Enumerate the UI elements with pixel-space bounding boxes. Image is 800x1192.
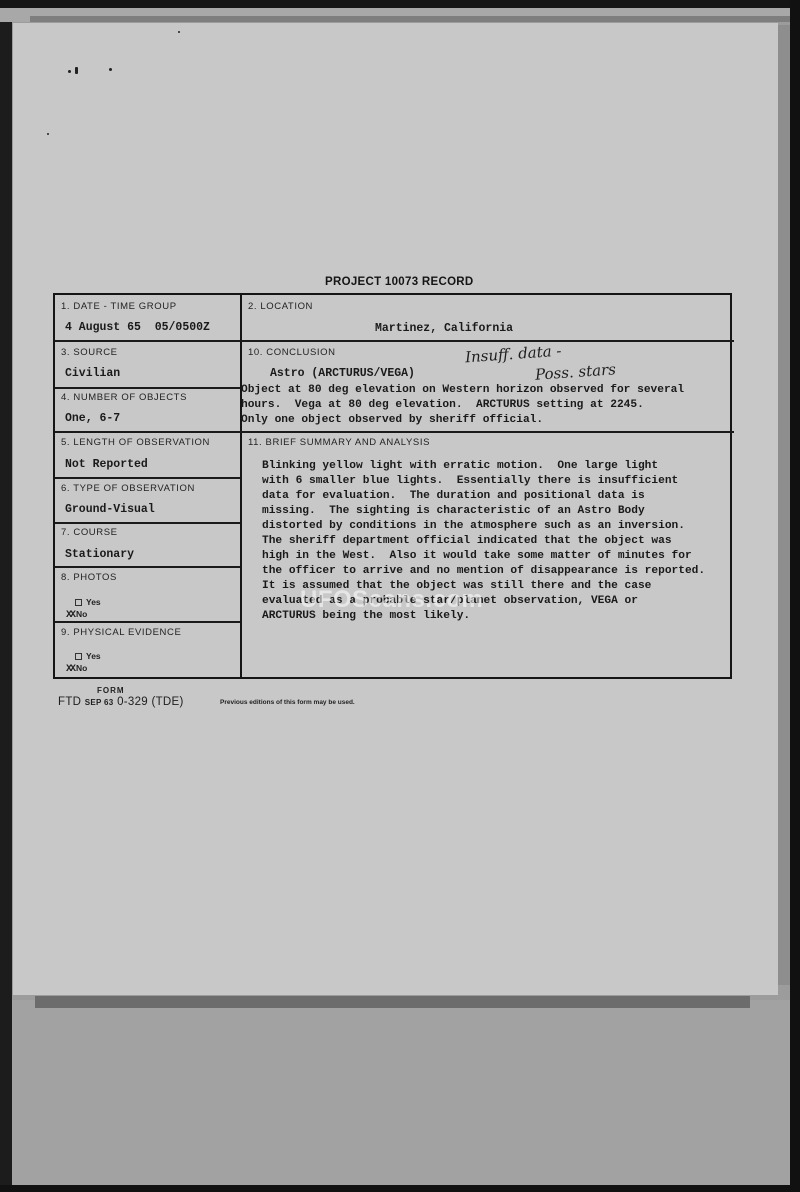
source-value: Civilian: [65, 367, 120, 380]
checkbox-empty-icon: [75, 599, 82, 606]
summary-line: Blinking yellow light with erratic motio…: [262, 459, 658, 474]
summary-line: the officer to arrive and no mention of …: [262, 564, 705, 579]
location-value: Martinez, California: [375, 322, 513, 335]
physical-evidence-no-option[interactable]: XXNo: [66, 663, 87, 675]
watermark: UFOScans.com: [300, 586, 483, 614]
number-of-objects-value: One, 6-7: [65, 412, 120, 425]
dust-speck: [109, 68, 112, 71]
handwritten-note: Poss. stars: [534, 360, 616, 384]
summary-line: The sheriff department official indicate…: [262, 534, 672, 549]
dust-speck: [47, 133, 49, 135]
checkbox-empty-icon: [75, 653, 82, 660]
conclusion-value: Astro (ARCTURUS/VEGA): [270, 367, 415, 380]
handwritten-note: Insuff. data -: [464, 342, 561, 367]
conclusion-label: 10. CONCLUSION: [248, 347, 336, 358]
physical-evidence-label: 9. PHYSICAL EVIDENCE: [61, 627, 181, 638]
summary-line: missing. The sighting is characteristic …: [262, 504, 645, 519]
scan-bottom-edge: [0, 1185, 800, 1192]
summary-line: high in the West. Also it would take som…: [262, 549, 692, 564]
checkbox-x-mark-icon: XX: [66, 610, 74, 621]
physical-evidence-yes-option[interactable]: Yes: [75, 651, 101, 661]
footer-form-id: FTD SEP 63 0-329 (TDE): [58, 696, 184, 708]
footer-form-prefix: FTD: [58, 696, 81, 708]
row-divider: [55, 477, 240, 479]
row-divider: [55, 621, 240, 623]
photos-no-option[interactable]: XXNo: [66, 609, 87, 621]
row-divider: [55, 387, 240, 389]
course-label: 7. COURSE: [61, 527, 118, 538]
conclusion-detail-line: Only one object observed by sheriff offi…: [241, 413, 543, 428]
conclusion-detail-line: Object at 80 deg elevation on Western ho…: [241, 383, 684, 398]
row-divider: [55, 340, 734, 342]
footer-note: Previous editions of this form may be us…: [220, 699, 355, 706]
date-time-label: 1. DATE - TIME GROUP: [61, 301, 177, 312]
date-time-value: 4 August 65 05/0500Z: [65, 321, 210, 334]
row-divider: [55, 431, 734, 433]
row-divider: [55, 522, 240, 524]
length-of-observation-label: 5. LENGTH OF OBSERVATION: [61, 437, 210, 448]
length-of-observation-value: Not Reported: [65, 458, 148, 471]
underlying-sheet-shadow: [35, 996, 750, 1008]
scan-right-edge: [790, 0, 800, 1192]
summary-line: with 6 smaller blue lights. Essentially …: [262, 474, 678, 489]
record-form-table: 1. DATE - TIME GROUP 4 August 65 05/0500…: [53, 293, 732, 679]
location-label: 2. LOCATION: [248, 301, 313, 312]
dust-speck: [75, 67, 78, 74]
form-title: PROJECT 10073 RECORD: [325, 276, 474, 288]
type-of-observation-value: Ground-Visual: [65, 503, 155, 516]
scan-top-shadow: [30, 16, 790, 22]
summary-line: data for evaluation. The duration and po…: [262, 489, 645, 504]
row-divider: [55, 566, 240, 568]
course-value: Stationary: [65, 548, 134, 561]
dust-speck: [178, 31, 180, 33]
conclusion-detail-line: hours. Vega at 80 deg elevation. ARCTURU…: [241, 398, 644, 413]
scan-top-edge: [0, 0, 800, 8]
photos-yes-option[interactable]: Yes: [75, 597, 101, 607]
footer-form-date: SEP 63: [85, 698, 114, 707]
scan-left-edge: [0, 22, 12, 1192]
footer-form-number: 0-329 (TDE): [117, 696, 184, 708]
source-label: 3. SOURCE: [61, 347, 118, 358]
checkbox-x-mark-icon: XX: [66, 664, 74, 675]
summary-label: 11. BRIEF SUMMARY AND ANALYSIS: [248, 437, 430, 448]
underlying-sheet: [8, 1000, 790, 1185]
summary-line: distorted by conditions in the atmospher…: [262, 519, 685, 534]
type-of-observation-label: 6. TYPE OF OBSERVATION: [61, 483, 195, 494]
column-divider: [240, 295, 242, 677]
photos-label: 8. PHOTOS: [61, 572, 117, 583]
footer-form-label: FORM: [97, 686, 125, 695]
dust-speck: [68, 70, 71, 73]
number-of-objects-label: 4. NUMBER OF OBJECTS: [61, 392, 187, 403]
